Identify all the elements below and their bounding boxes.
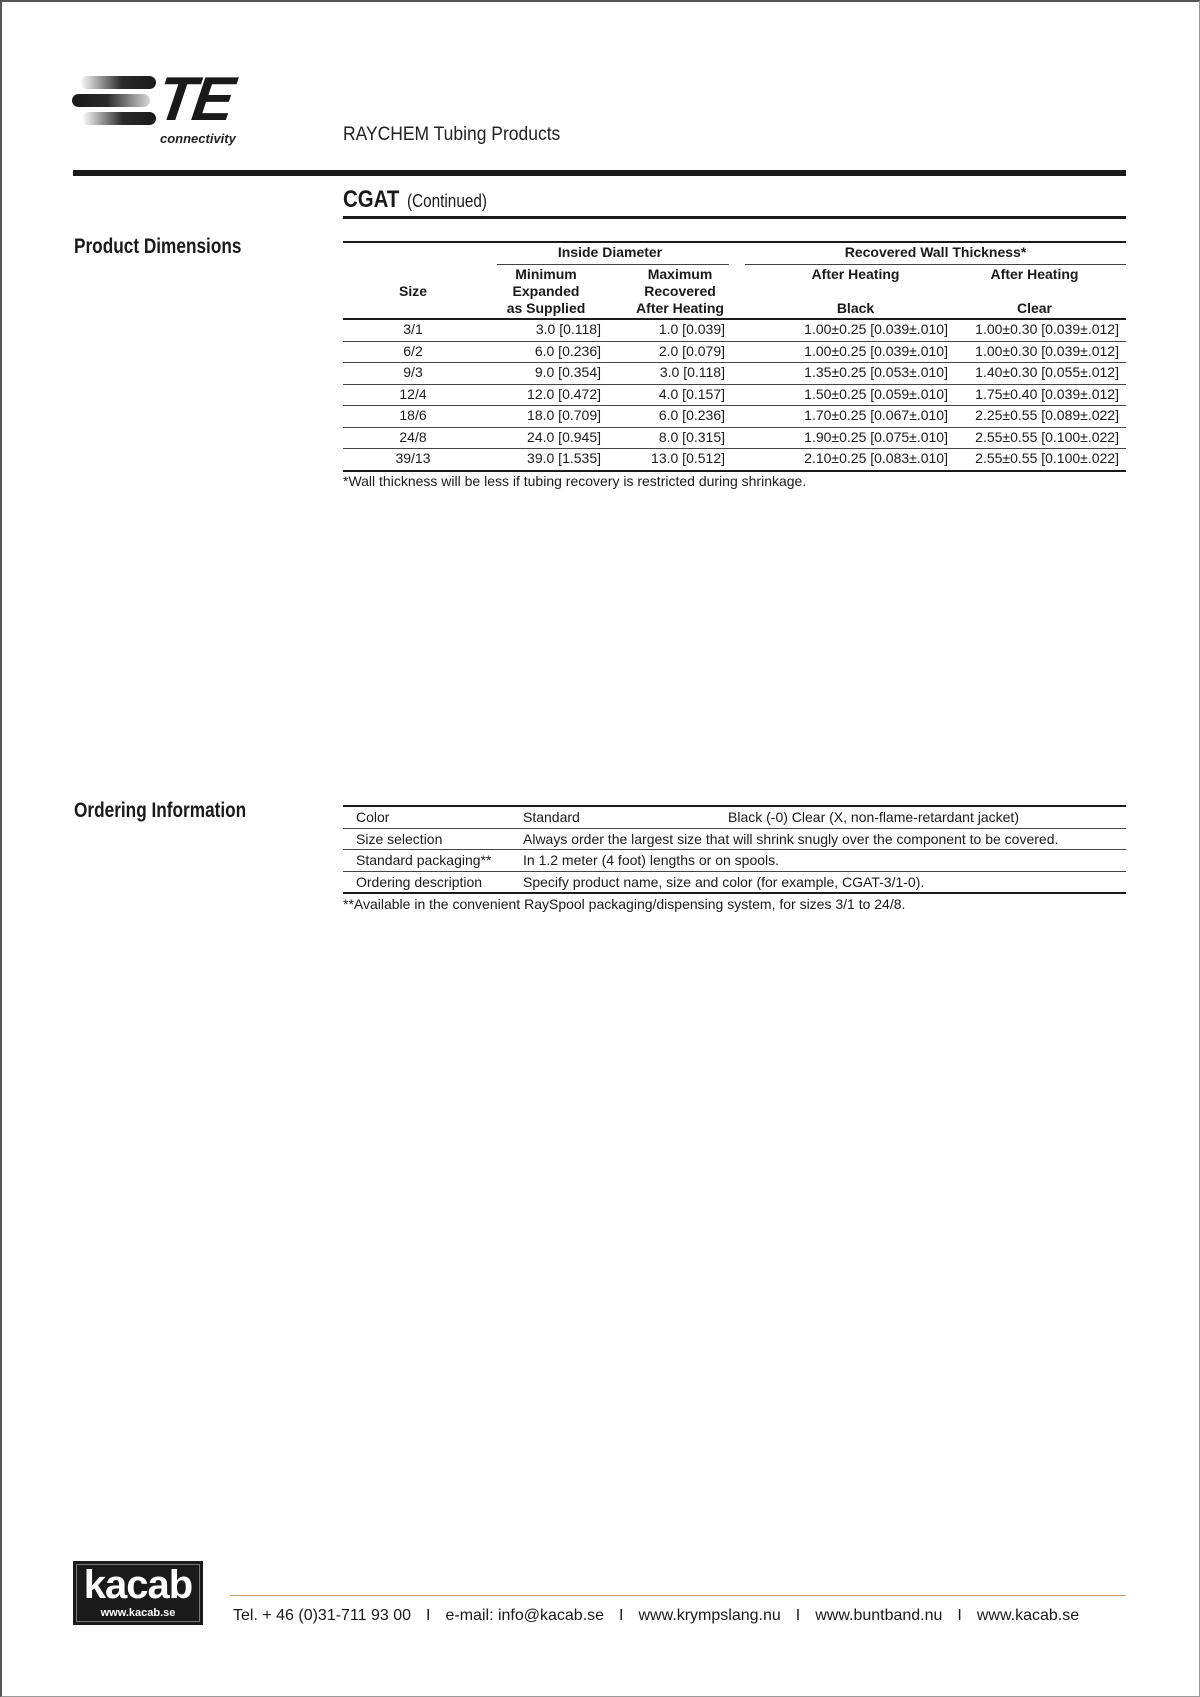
col-header-size: Size (343, 283, 483, 300)
logo-brand-name: TE (153, 64, 236, 135)
group-underline-inside-diameter (497, 264, 729, 265)
footer-phone: Tel. + 46 (0)31-711 93 00 (233, 1607, 411, 1625)
footer-separator: I (426, 1607, 430, 1625)
table-bottom-rule (343, 470, 1126, 472)
col-header-max-recovered-1: Maximum (615, 266, 745, 283)
cell-max-recovered: 2.0 [0.079] (605, 343, 725, 360)
ordering-row: Standard packaging**In 1.2 meter (4 foot… (343, 850, 1126, 871)
ordering-row: Ordering descriptionSpecify product name… (343, 872, 1126, 893)
ordering-row: ColorStandardBlack (-0) Clear (X, non-fl… (343, 807, 1126, 828)
footer-separator: I (957, 1607, 961, 1625)
cell-wall-black: 1.00±0.25 [0.039±.010] (738, 321, 948, 338)
group-underline-wall-thickness (745, 264, 1126, 265)
product-continued-label: (Continued) (407, 191, 487, 212)
cell-wall-black: 1.70±0.25 [0.067±.010] (738, 407, 948, 424)
ordering-extra: Black (-0) Clear (X, non-flame-retardant… (728, 809, 1019, 826)
col-header-max-recovered-3: After Heating (615, 300, 745, 317)
cell-min-expanded: 3.0 [0.118] (481, 321, 601, 338)
table-row: 24/824.0 [0.945]8.0 [0.315]1.90±0.25 [0.… (343, 428, 1126, 449)
footer-link-kacab[interactable]: www.kacab.se (977, 1607, 1079, 1625)
header-divider (73, 170, 1126, 176)
footer-separator: I (619, 1607, 623, 1625)
cell-max-recovered: 1.0 [0.039] (605, 321, 725, 338)
te-connectivity-logo: TE connectivity (72, 74, 262, 150)
cell-max-recovered: 13.0 [0.512] (605, 450, 725, 467)
ordering-value: Standard (523, 809, 580, 826)
group-header-wall-thickness: Recovered Wall Thickness* (745, 244, 1126, 261)
table-row: 3/13.0 [0.118]1.0 [0.039]1.00±0.25 [0.03… (343, 320, 1126, 341)
cell-max-recovered: 4.0 [0.157] (605, 386, 725, 403)
cell-max-recovered: 6.0 [0.236] (605, 407, 725, 424)
section-heading-ordering: Ordering Information (74, 799, 246, 823)
cell-max-recovered: 3.0 [0.118] (605, 364, 725, 381)
cell-wall-black: 1.90±0.25 [0.075±.010] (738, 429, 948, 446)
group-header-inside-diameter: Inside Diameter (495, 244, 725, 261)
cell-size: 3/1 (343, 321, 483, 338)
section-heading-dimensions: Product Dimensions (74, 235, 241, 259)
cell-size: 24/8 (343, 429, 483, 446)
footer-separator: I (796, 1607, 800, 1625)
footer-divider (230, 1595, 1126, 1596)
kacab-logo-name: kacab (75, 1563, 201, 1607)
table-row: 18/618.0 [0.709]6.0 [0.236]1.70±0.25 [0.… (343, 406, 1126, 427)
ordering-label: Color (356, 809, 389, 826)
cell-size: 39/13 (343, 450, 483, 467)
col-header-wall-black-2: Black (763, 300, 948, 317)
cell-wall-black: 1.35±0.25 [0.053±.010] (738, 364, 948, 381)
cell-max-recovered: 8.0 [0.315] (605, 429, 725, 446)
footer-email[interactable]: e-mail: info@kacab.se (446, 1607, 605, 1625)
col-header-min-expanded-3: as Supplied (481, 300, 611, 317)
col-header-min-expanded-2: Expanded (481, 283, 611, 300)
cell-min-expanded: 18.0 [0.709] (481, 407, 601, 424)
ordering-value: Always order the largest size that will … (523, 831, 1058, 848)
cell-wall-clear: 1.00±0.30 [0.039±.012] (923, 343, 1119, 360)
cell-size: 18/6 (343, 407, 483, 424)
ordering-value: Specify product name, size and color (fo… (523, 874, 924, 891)
ordering-label: Size selection (356, 831, 442, 848)
cell-wall-clear: 2.55±0.55 [0.100±.022] (923, 450, 1119, 467)
ordering-value: In 1.2 meter (4 foot) lengths or on spoo… (523, 852, 779, 869)
ordering-bottom-rule (343, 892, 1126, 894)
title-divider (343, 216, 1126, 219)
cell-wall-clear: 1.40±0.30 [0.055±.012] (923, 364, 1119, 381)
header-title: RAYCHEM Tubing Products (343, 124, 560, 146)
table-row: 39/1339.0 [1.535]13.0 [0.512]2.10±0.25 [… (343, 449, 1126, 470)
cell-size: 12/4 (343, 386, 483, 403)
kacab-logo-url: www.kacab.se (75, 1607, 201, 1619)
col-header-wall-clear-2: Clear (943, 300, 1126, 317)
table-row: 6/26.0 [0.236]2.0 [0.079]1.00±0.25 [0.03… (343, 342, 1126, 363)
table-row: 9/39.0 [0.354]3.0 [0.118]1.35±0.25 [0.05… (343, 363, 1126, 384)
dimensions-footnote: *Wall thickness will be less if tubing r… (343, 473, 806, 489)
product-name: CGAT (343, 186, 399, 214)
cell-wall-clear: 2.55±0.55 [0.100±.022] (923, 429, 1119, 446)
cell-min-expanded: 9.0 [0.354] (481, 364, 601, 381)
table-top-rule (343, 241, 1126, 243)
logo-bar-icon (72, 94, 150, 107)
cell-min-expanded: 6.0 [0.236] (481, 343, 601, 360)
table-row: 12/412.0 [0.472]4.0 [0.157]1.50±0.25 [0.… (343, 385, 1126, 406)
cell-wall-black: 1.00±0.25 [0.039±.010] (738, 343, 948, 360)
ordering-label: Standard packaging** (356, 852, 491, 869)
cell-min-expanded: 12.0 [0.472] (481, 386, 601, 403)
ordering-row: Size selectionAlways order the largest s… (343, 829, 1126, 850)
kacab-logo: kacab www.kacab.se (73, 1561, 203, 1625)
col-header-wall-clear-1: After Heating (943, 266, 1126, 283)
footer-link-krympslang[interactable]: www.krympslang.nu (638, 1607, 780, 1625)
cell-size: 6/2 (343, 343, 483, 360)
cell-wall-black: 2.10±0.25 [0.083±.010] (738, 450, 948, 467)
logo-bar-icon (80, 76, 156, 89)
col-header-max-recovered-2: Recovered (615, 283, 745, 300)
cell-wall-clear: 1.75±0.40 [0.039±.012] (923, 386, 1119, 403)
cell-wall-clear: 1.00±0.30 [0.039±.012] (923, 321, 1119, 338)
logo-bar-icon (82, 112, 156, 125)
cell-min-expanded: 39.0 [1.535] (481, 450, 601, 467)
footer-contacts: Tel. + 46 (0)31-711 93 00 I e-mail: info… (233, 1607, 1079, 1625)
ordering-footnote: **Available in the convenient RaySpool p… (343, 896, 905, 912)
product-title: CGAT (Continued) (343, 186, 501, 214)
ordering-label: Ordering description (356, 874, 482, 891)
footer-link-buntband[interactable]: www.buntband.nu (815, 1607, 942, 1625)
cell-wall-clear: 2.25±0.55 [0.089±.022] (923, 407, 1119, 424)
cell-min-expanded: 24.0 [0.945] (481, 429, 601, 446)
col-header-min-expanded-1: Minimum (481, 266, 611, 283)
logo-brand-sub: connectivity (160, 131, 236, 146)
col-header-wall-black-1: After Heating (763, 266, 948, 283)
cell-wall-black: 1.50±0.25 [0.059±.010] (738, 386, 948, 403)
cell-size: 9/3 (343, 364, 483, 381)
